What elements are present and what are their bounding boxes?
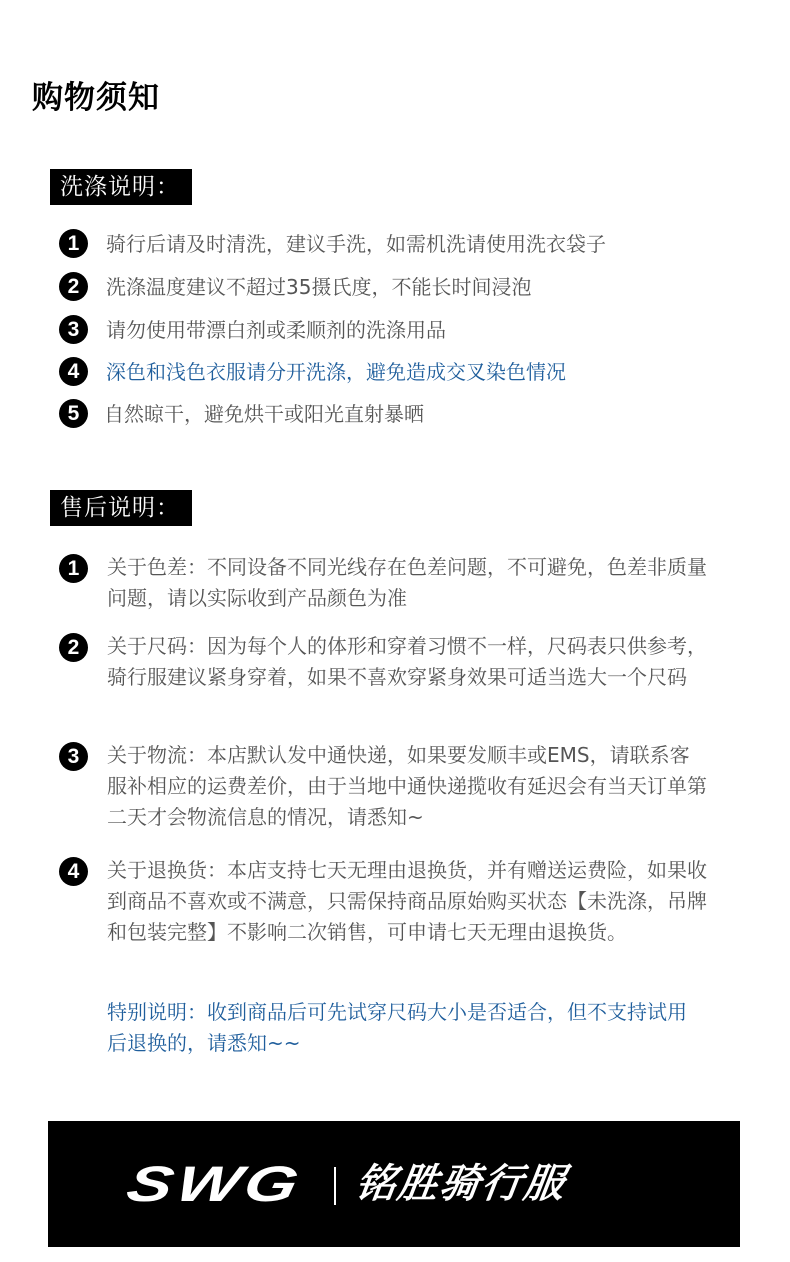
number-4-icon: 4: [59, 357, 88, 386]
number-2-icon: 2: [59, 272, 88, 301]
special-note: 特别说明：收到商品后可先试穿尺码大小是否适合，但不支持试用后退换的，请悉知~~: [107, 997, 697, 1059]
washing-item: 5 自然晾干，避免烘干或阳光直射暴晒: [59, 398, 739, 430]
washing-section-label: 洗涤说明：: [50, 169, 192, 205]
after-sales-section-label: 售后说明：: [50, 490, 192, 526]
washing-item: 2 洗涤温度建议不超过35摄氏度，不能长时间浸泡: [59, 271, 739, 303]
number-4-icon: 4: [59, 857, 88, 886]
number-5-icon: 5: [59, 399, 88, 428]
washing-item-text: 自然晾干，避免烘干或阳光直射暴晒: [104, 398, 424, 430]
after-sales-item-text: 关于物流：本店默认发中通快递，如果要发顺丰或EMS，请联系客服补相应的运费差价，…: [107, 740, 707, 833]
washing-item-text: 洗涤温度建议不超过35摄氏度，不能长时间浸泡: [106, 271, 531, 303]
number-1-icon: 1: [59, 554, 88, 583]
after-sales-item-text: 关于退换货：本店支持七天无理由退换货，并有赠送运费险，如果收到商品不喜欢或不满意…: [107, 855, 707, 948]
washing-item: 3 请勿使用带漂白剂或柔顺剂的洗涤用品: [59, 314, 739, 346]
number-1-icon: 1: [59, 229, 88, 258]
after-sales-item-text: 关于尺码：因为每个人的体形和穿着习惯不一样，尺码表只供参考，骑行服建议紧身穿着，…: [107, 631, 707, 693]
after-sales-item-text: 关于色差：不同设备不同光线存在色差问题，不可避免，色差非质量问题，请以实际收到产…: [107, 552, 707, 614]
brand-banner: SWG 铭胜骑行服: [48, 1121, 740, 1247]
brand-name: 铭胜骑行服: [352, 1158, 569, 1210]
brand-logo: SWG: [122, 1154, 308, 1214]
number-3-icon: 3: [59, 742, 88, 771]
washing-item-highlighted: 4 深色和浅色衣服请分开洗涤，避免造成交叉染色情况: [59, 356, 739, 388]
number-2-icon: 2: [59, 633, 88, 662]
washing-item: 1 骑行后请及时清洗，建议手洗，如需机洗请使用洗衣袋子: [59, 228, 739, 260]
washing-item-text: 骑行后请及时清洗，建议手洗，如需机洗请使用洗衣袋子: [106, 228, 606, 260]
brand-divider: [334, 1167, 336, 1205]
number-3-icon: 3: [59, 315, 88, 344]
washing-item-text: 请勿使用带漂白剂或柔顺剂的洗涤用品: [106, 314, 446, 346]
page-title: 购物须知: [32, 72, 160, 117]
washing-item-text: 深色和浅色衣服请分开洗涤，避免造成交叉染色情况: [106, 356, 566, 388]
